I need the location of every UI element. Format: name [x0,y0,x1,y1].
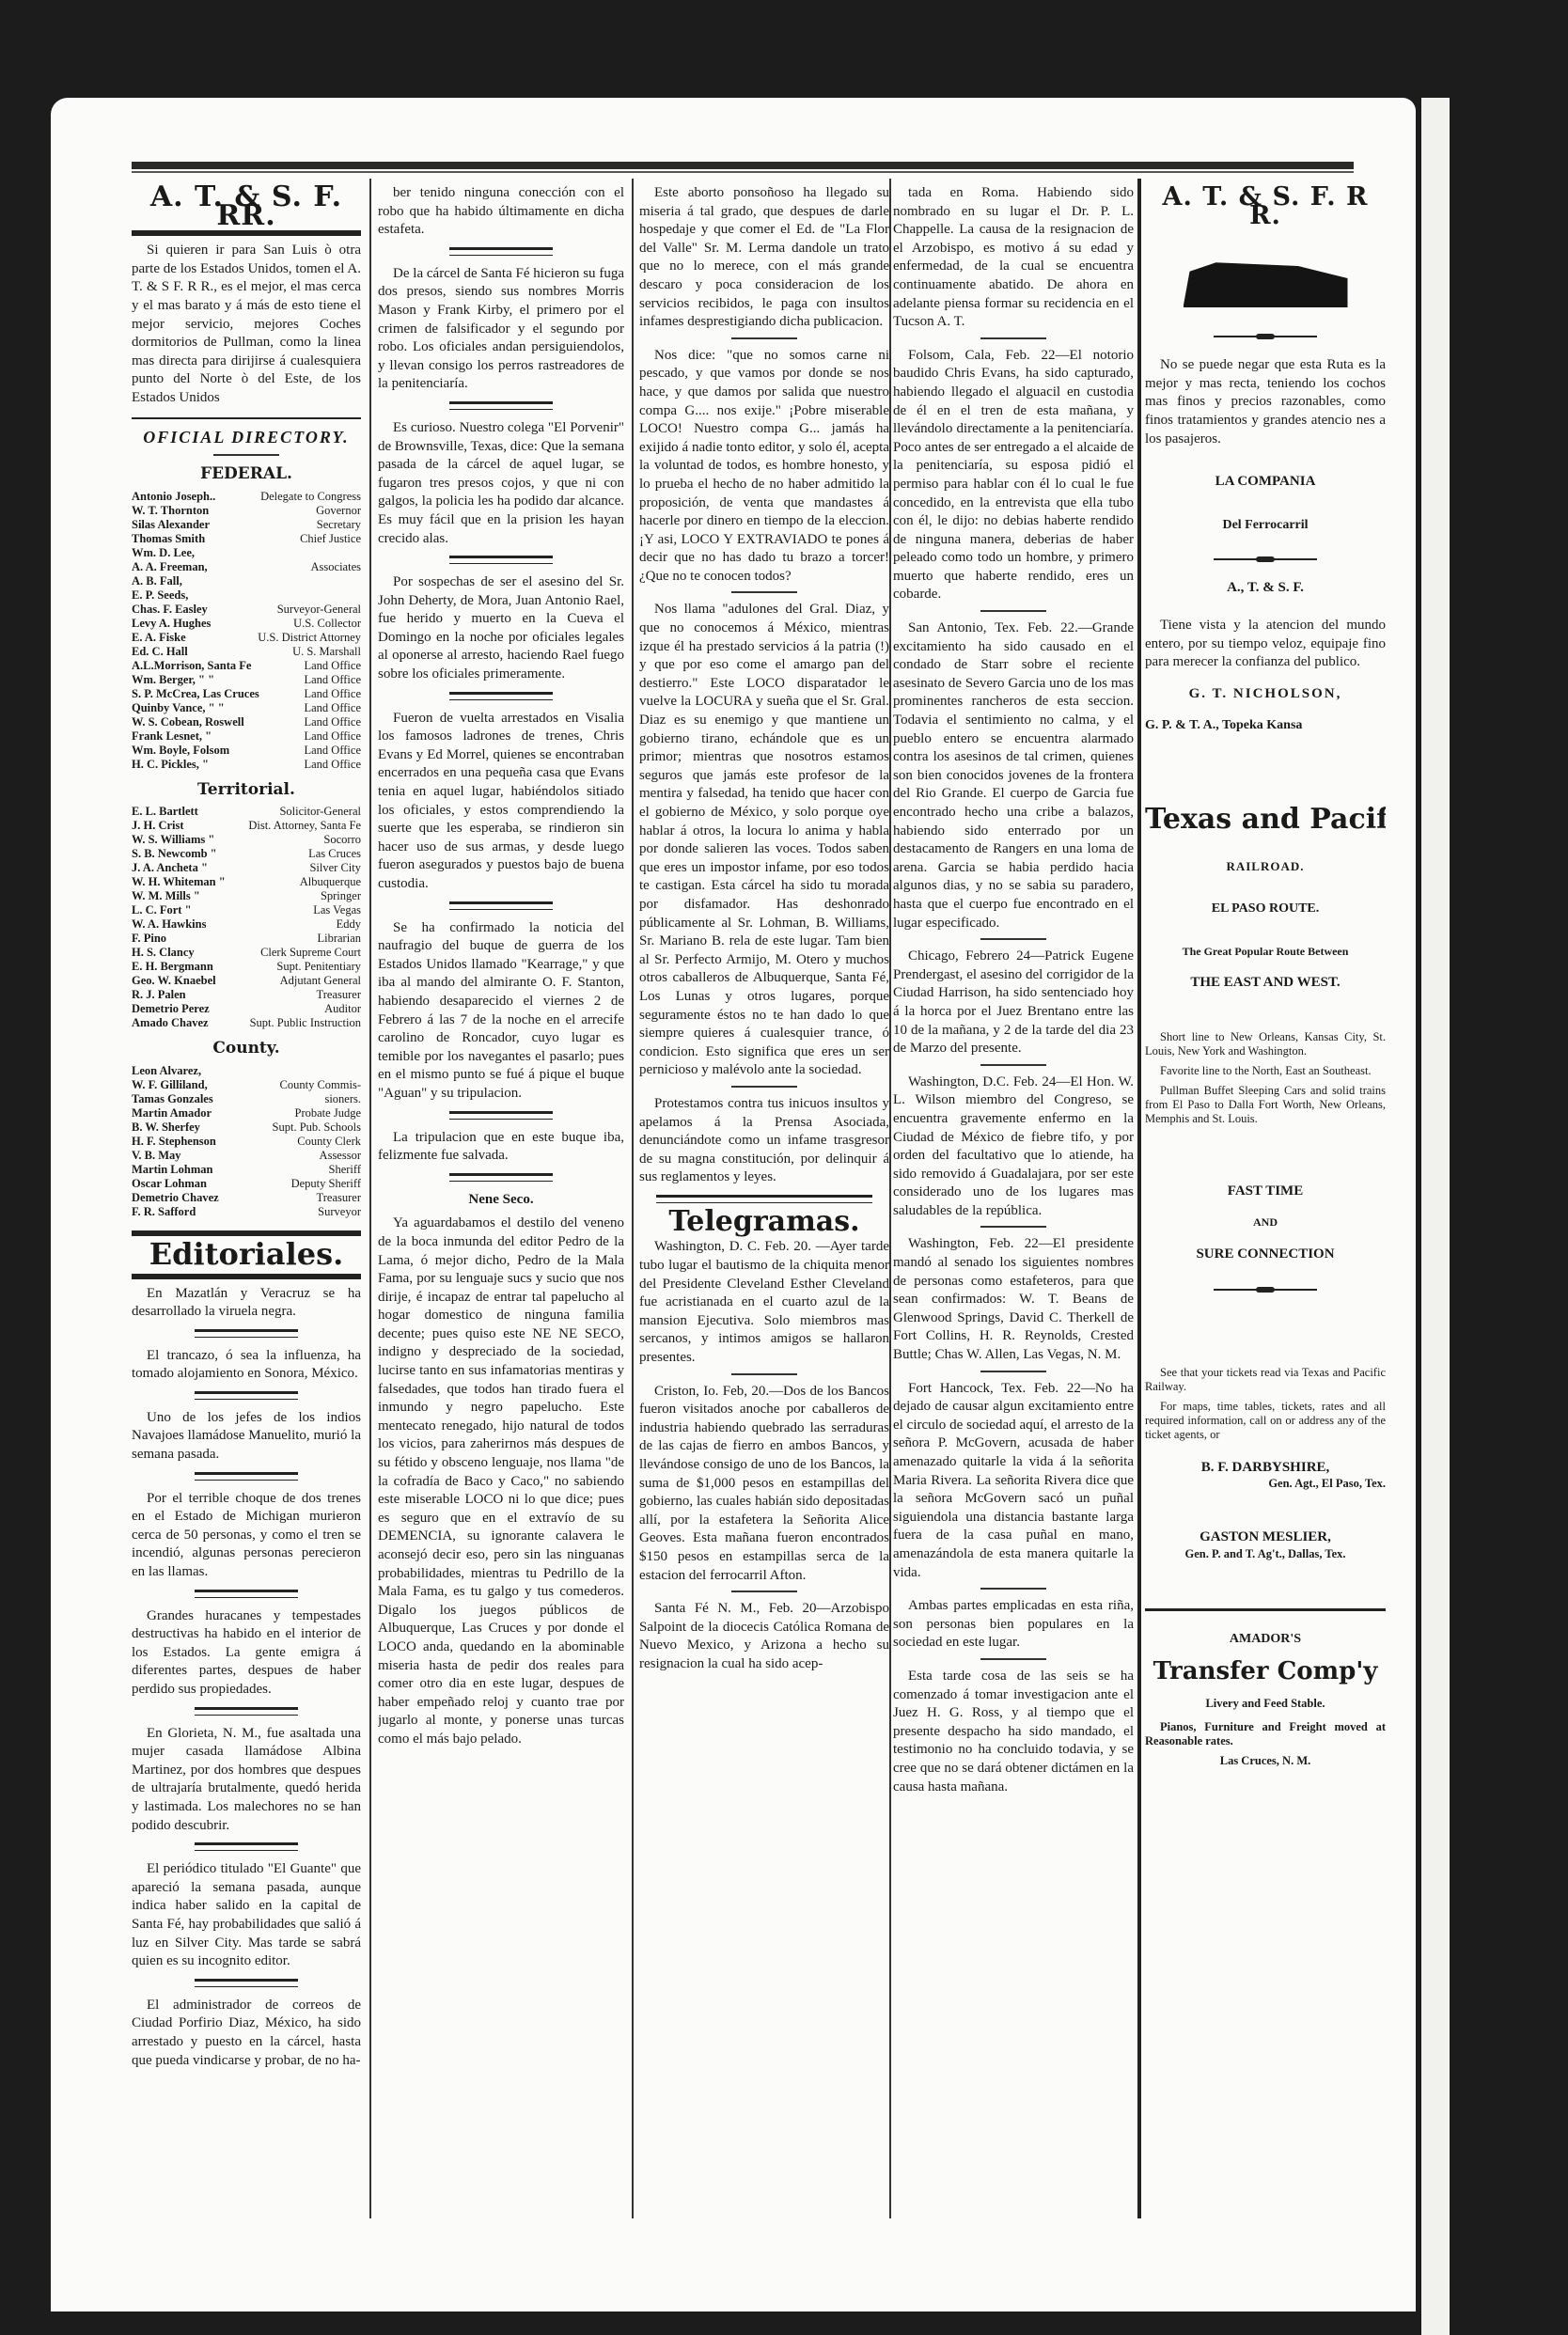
official-office: Land Office [304,744,361,758]
official-name: Chas. F. Easley [132,603,208,617]
rule [980,1064,1046,1066]
railroad-heading: RAILROAD. [1145,857,1386,876]
article-paragraph: Uno de los jefes de los indios Navajoes … [132,1409,361,1465]
official-office: Surveyor [318,1205,361,1219]
atsf-ad-body-2: Tiene vista y la atencion del mundo ente… [1145,617,1386,672]
official-office: Albuquerque [300,875,361,889]
article-paragraph: Este aborto ponsoñoso ha llegado su mise… [639,184,889,332]
directory-entry: H. F. StephensonCounty Clerk [132,1135,361,1149]
sure-connection: SURE CONNECTION [1145,1246,1386,1264]
article-paragraph: Esta tarde cosa de las seis se ha comenz… [893,1668,1134,1796]
official-name: E. P. Seeds, [132,588,188,603]
telegramas-title: Telegramas. [639,1213,889,1231]
rule [449,247,553,256]
official-office: Solicitor-General [279,805,361,819]
official-name: Martin Amador [132,1106,212,1120]
rule [731,1373,797,1375]
atsf-ad-body: No se puede negar que esta Ruta es la me… [1145,356,1386,448]
rule [980,1371,1046,1372]
amador-heading: AMADOR'S [1145,1630,1386,1649]
rule [195,1707,298,1716]
official-name: Wm. D. Lee, [132,546,195,560]
official-name: Quinby Vance, " " [132,701,225,715]
official-office: Surveyor-General [277,603,361,617]
official-office: Auditor [324,1002,361,1016]
official-name: J. A. Ancheta " [132,861,208,875]
article-paragraph: Por sospechas de ser el asesino del Sr. … [378,573,624,684]
official-office: Supt. Pub. Schools [273,1120,361,1135]
article-paragraph: Chicago, Febrero 24—Patrick Eugene Prend… [893,948,1134,1058]
news-items: ber tenido ninguna conección con el robo… [378,184,624,1166]
official-office: sioners. [324,1092,361,1106]
rule [731,591,797,593]
rule [980,337,1046,339]
directory-entry: W. S. Cobean, RoswellLand Office [132,715,361,729]
column-3: Este aborto ponsoñoso ha llegado su mise… [639,184,889,2224]
directory-entry: Demetrio PerezAuditor [132,1002,361,1016]
article-paragraph: Por el terrible choque de dos trenes en … [132,1490,361,1582]
directory-entry: F. PinoLibrarian [132,932,361,946]
rule [195,1590,298,1598]
official-office: Clerk Supreme Court [260,946,361,960]
directory-entry: J. H. CristDist. Attorney, Santa Fe [132,819,361,833]
official-office: Governor [316,504,361,518]
official-office: U.S. District Attorney [258,631,361,645]
article-paragraph: El administrador de correos de Ciudad Po… [132,1997,361,2070]
county-title: County. [132,1040,361,1058]
column-rule [889,179,891,2218]
atsf-short-heading: A., T. & S. F. [1145,579,1386,598]
official-office: Sheriff [329,1163,362,1177]
directory-entry: E. L. BartlettSolicitor-General [132,805,361,819]
official-office: Deputy Sheriff [291,1177,361,1191]
directory-entry: E. H. BergmannSupt. Penitentiary [132,960,361,974]
article-paragraph: Washington, D. C. Feb. 20. —Ayer tarde t… [639,1238,889,1367]
directory-entry: Frank Lesnet, "Land Office [132,729,361,744]
and-word: AND [1145,1214,1386,1232]
directory-entry: L. C. Fort "Las Vegas [132,903,361,917]
directory-entry: Amado ChavezSupt. Public Instruction [132,1016,361,1030]
route-heading: EL PASO ROUTE. [1145,900,1386,918]
official-name: Wm. Boyle, Folsom [132,744,229,758]
rule [731,1591,797,1592]
official-name: E. H. Bergmann [132,960,213,974]
maps-note: For maps, time tables, tickets, rates an… [1145,1400,1386,1442]
article-paragraph: San Antonio, Tex. Feb. 22.—Grande excita… [893,619,1134,932]
official-name: A. A. Freeman, [132,560,208,574]
atsf-ad-text: Si quieren ir para San Luis ò otra parte… [132,242,361,407]
rule [195,1979,298,1987]
directory-entry: A. A. Freeman,Associates [132,560,361,574]
column-4: tada en Roma. Habiendo sido nombrado en … [893,184,1134,2224]
article-paragraph: Short line to New Orleans, Kansas City, … [1145,1030,1386,1058]
top-rule-thin [132,171,1354,173]
rule [132,1230,361,1236]
article-paragraph: Folsom, Cala, Feb. 22—El notorio baudido… [893,347,1134,604]
official-office: Silver City [309,861,361,875]
directory-entry: E. P. Seeds, [132,588,361,603]
article-paragraph: Nos dice: "que no somos carne ni pescado… [639,347,889,587]
official-name: H. F. Stephenson [132,1135,216,1149]
column-rule [369,179,371,2218]
official-office: Land Office [304,687,361,701]
rule [449,1111,553,1120]
directory-entry: R. J. PalenTreasurer [132,988,361,1002]
official-name: S. B. Newcomb " [132,847,217,861]
rule [980,1588,1046,1590]
rule [195,1472,298,1481]
atsf-masthead: A. T. & S. F. RR. [132,188,361,225]
official-office: Land Office [304,715,361,729]
official-office: Land Office [304,701,361,715]
official-office: U. S. Marshall [292,645,361,659]
directory-entry: Leon Alvarez, [132,1064,361,1078]
official-office: Las Vegas [313,903,361,917]
rule [213,454,279,456]
rule [195,1391,298,1400]
official-office: County Clerk [297,1135,361,1149]
official-office: Chief Justice [300,532,361,546]
east-west-heading: THE EAST AND WEST. [1145,974,1386,993]
article-paragraph: En Glorieta, N. M., fue asaltada una muj… [132,1725,361,1836]
rule [449,901,553,910]
article-paragraph: Criston, Io. Feb, 20.—Dos de los Bancos … [639,1383,889,1586]
news-items: Este aborto ponsoñoso ha llegado su mise… [639,184,889,1187]
nene-seco-article: Ya aguardabamos el destilo del veneno de… [378,1215,624,1748]
page-edge [1421,98,1450,2335]
official-office: Secretary [317,518,361,532]
directory-entry: W. A. HawkinsEddy [132,917,361,932]
directory-entry: Martin LohmanSheriff [132,1163,361,1177]
telegram-items: tada en Roma. Habiendo sido nombrado en … [893,184,1134,1796]
official-name: V. B. May [132,1149,181,1163]
agent-title: G. P. & T. A., Topeka Kansa [1145,716,1386,735]
train-engraving-icon [1184,262,1348,307]
official-office: Socorro [323,833,361,847]
agent-name: G. T. NICHOLSON, [1145,685,1386,704]
directory-entry: Levy A. HughesU.S. Collector [132,617,361,631]
directory-entry: Wm. Berger, " "Land Office [132,673,361,687]
rule [195,1329,298,1338]
official-name: Thomas Smith [132,532,205,546]
fast-time: FAST TIME [1145,1183,1386,1201]
official-name: W. S. Williams " [132,833,214,847]
rule [731,1086,797,1088]
official-office: Assessor [320,1149,361,1163]
compania-heading: LA COMPANIA [1145,473,1386,492]
official-name: Oscar Lohman [132,1177,207,1191]
meslier-title: Gen. P. and T. Ag't., Dallas, Tex. [1145,1547,1386,1561]
column-rule [632,179,634,2218]
telegramas-list: Washington, D. C. Feb. 20. —Ayer tarde t… [639,1238,889,1673]
tickets-note: See that your tickets read via Texas and… [1145,1366,1386,1394]
directory-entry: Wm. D. Lee, [132,546,361,560]
rule [980,938,1046,940]
official-name: E. A. Fiske [132,631,186,645]
directory-entry: Ed. C. HallU. S. Marshall [132,645,361,659]
article-paragraph: ber tenido ninguna conección con el robo… [378,184,624,240]
rule [449,1173,553,1182]
official-name: B. W. Sherfey [132,1120,200,1135]
official-name: J. H. Crist [132,819,184,833]
article-paragraph: El periódico titulado "El Guante" que ap… [132,1860,361,1971]
ferrocarril-heading: Del Ferrocarril [1145,516,1386,535]
directory-entry: Quinby Vance, " "Land Office [132,701,361,715]
rule [449,692,553,700]
rule [132,417,361,419]
article-paragraph: Washington, D.C. Feb. 24—El Hon. W. L. W… [893,1073,1134,1221]
rule [449,401,553,410]
darbyshire-title: Gen. Agt., El Paso, Tex. [1145,1477,1386,1491]
article-paragraph: Protestamos contra tus inicuos insultos … [639,1095,889,1187]
official-name: Wm. Berger, " " [132,673,214,687]
rule [1145,1608,1386,1611]
official-name: E. L. Bartlett [132,805,198,819]
official-office: Delegate to Congress [260,490,361,504]
official-name: H. C. Pickles, " [132,758,209,772]
directory-entry: Demetrio ChavezTreasurer [132,1191,361,1205]
official-office: Springer [321,889,361,903]
official-office: Las Cruces [308,847,361,861]
article-paragraph: tada en Roma. Habiendo sido nombrado en … [893,184,1134,332]
article-paragraph: Fueron de vuelta arrestados en Visalia l… [378,710,624,894]
pianos-line: Pianos, Furniture and Freight moved at R… [1145,1720,1386,1748]
directory-entry: J. A. Ancheta "Silver City [132,861,361,875]
directory-entry: B. W. SherfeySupt. Pub. Schools [132,1120,361,1135]
article-paragraph: Washington, Feb. 22—El presidente mandó … [893,1235,1134,1364]
official-name: F. R. Safford [132,1205,196,1219]
nene-seco-title: Nene Seco. [378,1191,624,1210]
ornament-divider [1214,336,1317,337]
official-office: Land Office [304,758,361,772]
official-name: Tamas Gonzales [132,1092,213,1106]
territorial-directory: E. L. BartlettSolicitor-GeneralJ. H. Cri… [132,805,361,1030]
directory-entry: W. H. Whiteman "Albuquerque [132,875,361,889]
directory-entry: W. S. Williams "Socorro [132,833,361,847]
official-office: Treasurer [317,988,361,1002]
directory-entry: Antonio Joseph..Delegate to Congress [132,490,361,504]
official-office: Treasurer [317,1191,361,1205]
official-name: W. A. Hawkins [132,917,206,932]
column-1: A. T. & S. F. RR. Si quieren ir para San… [132,184,361,2224]
rule [731,337,797,339]
rule [656,1195,872,1203]
official-name: Antonio Joseph.. [132,490,215,504]
federal-title: FEDERAL. [132,465,361,484]
official-name: A. B. Fall, [132,574,182,588]
article-paragraph: En Mazatlán y Veracruz se ha desarrollad… [132,1285,361,1322]
official-name: A.L.Morrison, Santa Fe [132,659,251,673]
rule [449,556,553,564]
official-name: W. T. Thornton [132,504,209,518]
rule [980,610,1046,612]
official-office: Librarian [317,932,361,946]
directory-entry: A.L.Morrison, Santa FeLand Office [132,659,361,673]
official-office: U.S. Collector [293,617,361,631]
meslier-name: GASTON MESLIER, [1145,1528,1386,1547]
official-name: W. M. Mills " [132,889,200,903]
directory-entry: H. S. ClancyClerk Supreme Court [132,946,361,960]
top-rule [132,162,1354,169]
official-name: Leon Alvarez, [132,1064,201,1078]
column-2: ber tenido ninguna conección con el robo… [378,184,624,2224]
official-name: Ed. C. Hall [132,645,188,659]
article-paragraph: Se ha confirmado la noticia del naufragi… [378,919,624,1104]
article-paragraph: Es curioso. Nuestro colega "El Porvenir"… [378,419,624,548]
directory-entry: W. M. Mills "Springer [132,889,361,903]
official-office: Land Office [304,673,361,687]
directory-entry: S. P. McCrea, Las CrucesLand Office [132,687,361,701]
official-office: Eddy [337,917,361,932]
livery-line: Livery and Feed Stable. [1145,1697,1386,1711]
official-name: H. S. Clancy [132,946,195,960]
directory-entry: Tamas Gonzalessioners. [132,1092,361,1106]
directory-title: OFICIAL DIRECTORY. [132,429,361,447]
official-name: W. F. Gilliland, [132,1078,208,1092]
directory-entry: A. B. Fall, [132,574,361,588]
article-paragraph: De la cárcel de Santa Fé hicieron su fug… [378,265,624,394]
official-name: Martin Lohman [132,1163,212,1177]
editoriales-title: Editoriales. [132,1246,361,1264]
county-directory: Leon Alvarez,W. F. Gilliland,County Comm… [132,1064,361,1219]
article-paragraph: Grandes huracanes y tempestades destruct… [132,1607,361,1700]
directory-entry: Oscar LohmanDeputy Sheriff [132,1177,361,1191]
official-office: Adjutant General [280,974,361,988]
atsf-ad-masthead: A. T. & S. F. R R. [1145,188,1386,225]
directory-entry: H. C. Pickles, "Land Office [132,758,361,772]
editoriales-list: En Mazatlán y Veracruz se ha desarrollad… [132,1285,361,2071]
official-name: Demetrio Chavez [132,1191,219,1205]
directory-entry: Thomas SmithChief Justice [132,532,361,546]
official-name: Levy A. Hughes [132,617,211,631]
official-name: W. S. Cobean, Roswell [132,715,244,729]
official-office: Associates [311,560,361,574]
official-office: County Commis- [280,1078,361,1092]
official-name: Amado Chavez [132,1016,209,1030]
official-office: Supt. Penitentiary [276,960,361,974]
official-name: R. J. Palen [132,988,186,1002]
official-office: Probate Judge [295,1106,361,1120]
official-name: Frank Lesnet, " [132,729,212,744]
directory-entry: W. F. Gilliland,County Commis- [132,1078,361,1092]
official-name: Demetrio Perez [132,1002,210,1016]
directory-entry: Chas. F. EasleySurveyor-General [132,603,361,617]
official-office: Supt. Public Instruction [250,1016,361,1030]
article-paragraph: El trancazo, ó sea la influenza, ha toma… [132,1347,361,1384]
article-paragraph: Fort Hancock, Tex. Feb. 22—No ha dejado … [893,1380,1134,1583]
texas-pacific-lines: Short line to New Orleans, Kansas City, … [1145,1030,1386,1126]
column-5-ads: A. T. & S. F. R R. No se puede negar que… [1145,184,1386,2224]
directory-entry: W. T. ThorntonGovernor [132,504,361,518]
official-office: Land Office [304,729,361,744]
darbyshire-name: B. F. DARBYSHIRE, [1145,1459,1386,1478]
directory-entry: Geo. W. KnaebelAdjutant General [132,974,361,988]
rule [132,1274,361,1279]
article-paragraph: Santa Fé N. M., Feb. 20—Arzobispo Salpoi… [639,1600,889,1673]
directory-entry: Martin AmadorProbate Judge [132,1106,361,1120]
directory-entry: Silas AlexanderSecretary [132,518,361,532]
rule [980,1658,1046,1660]
directory-entry: V. B. MayAssessor [132,1149,361,1163]
official-name: L. C. Fort " [132,903,192,917]
transfer-company-title: Transfer Comp'y [1145,1663,1386,1682]
texas-pacific-title: Texas and Pacific [1145,810,1386,829]
article-paragraph: La tripulacion que en este buque iba, fe… [378,1129,624,1166]
official-name: Geo. W. Knaebel [132,974,216,988]
directory-entry: F. R. SaffordSurveyor [132,1205,361,1219]
official-name: Silas Alexander [132,518,210,532]
article-paragraph: Nos llama "adulones del Gral. Diaz, y qu… [639,601,889,1079]
popular-route: The Great Popular Route Between [1145,943,1386,962]
directory-entry: Wm. Boyle, FolsomLand Office [132,744,361,758]
article-paragraph: Ambas partes emplicadas en esta riña, so… [893,1597,1134,1653]
column-rule [1137,179,1141,2218]
article-paragraph: Pullman Buffet Sleeping Cars and solid t… [1145,1084,1386,1126]
article-paragraph: Favorite line to the North, East an Sout… [1145,1064,1386,1078]
official-name: F. Pino [132,932,166,946]
official-name: S. P. McCrea, Las Cruces [132,687,259,701]
official-office: Land Office [304,659,361,673]
ornament-divider [1214,1289,1317,1291]
directory-entry: E. A. FiskeU.S. District Attorney [132,631,361,645]
directory-entry: S. B. Newcomb "Las Cruces [132,847,361,861]
rule [195,1842,298,1851]
federal-directory: Antonio Joseph..Delegate to CongressW. T… [132,490,361,772]
territorial-title: Territorial. [132,781,361,800]
ornament-divider [1214,558,1317,560]
official-office: Dist. Attorney, Santa Fe [248,819,361,833]
official-name: W. H. Whiteman " [132,875,226,889]
location-line: Las Cruces, N. M. [1145,1754,1386,1768]
rule [980,1226,1046,1228]
